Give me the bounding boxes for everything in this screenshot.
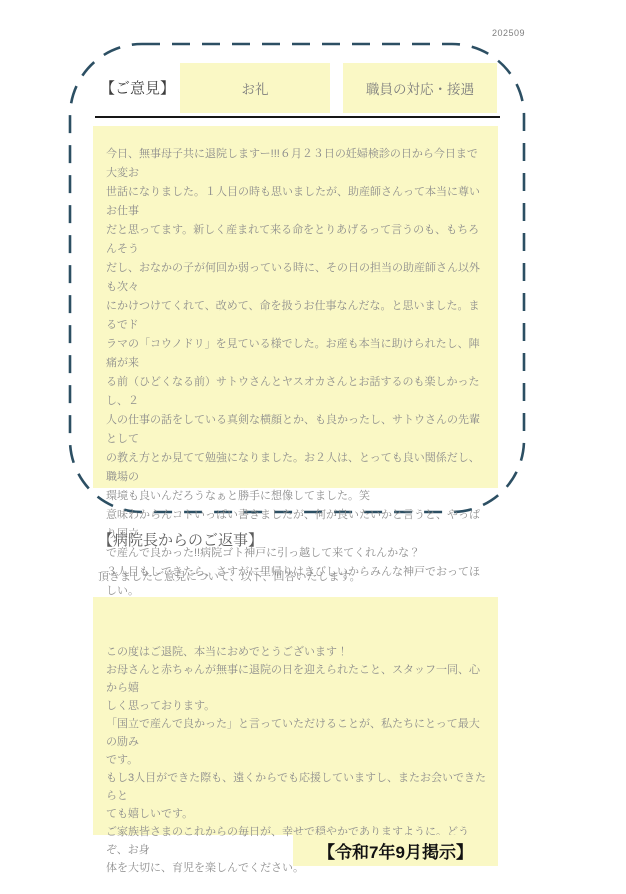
reply-intro-text: 頂きましたご意見について、以下、回答いたします。 — [98, 568, 361, 584]
header-divider — [95, 116, 500, 118]
post-date-label: 【令和7年9月掲示】 — [318, 838, 473, 863]
reply-section-heading: 【病院長からのご返事】 — [98, 529, 263, 550]
category-tag-label: お礼 — [242, 78, 269, 98]
post-date-badge: 【令和7年9月掲示】 — [293, 835, 498, 866]
feedback-notice-page: 202509 【ご意見】 お礼 職員の対応・接遇 今日、無事母子共に退院しますー… — [0, 0, 626, 894]
reply-body-text: この度はご退院、本当におめでとうございます！ お母さんと赤ちゃんが無事に退院の日… — [93, 597, 498, 835]
category-tag-label: 職員の対応・接遇 — [366, 78, 474, 98]
opinion-body-text: 今日、無事母子共に退院しますー!!!６月２３日の妊婦検診の日から今日まで大変お … — [93, 126, 498, 488]
category-tag-staff-response: 職員の対応・接遇 — [343, 63, 497, 113]
opinion-section-label: 【ご意見】 — [100, 77, 175, 98]
category-tag-orei: お礼 — [180, 63, 330, 113]
doc-code: 202509 — [492, 28, 525, 38]
